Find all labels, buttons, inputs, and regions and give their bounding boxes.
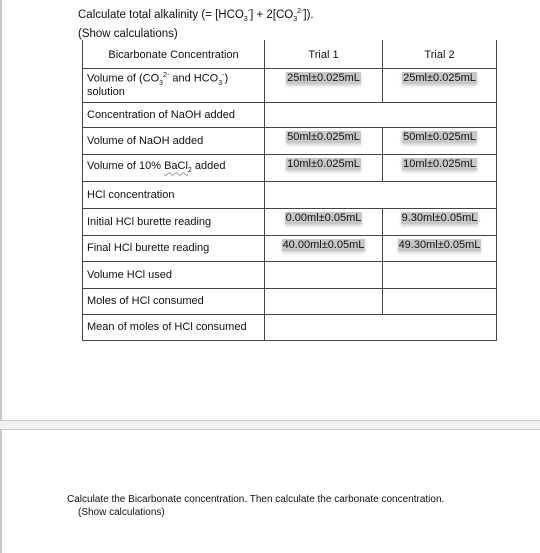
subscript: 3 — [218, 79, 222, 86]
table-header-row: Bicarbonate Concentration Trial 1 Trial … — [83, 40, 497, 68]
label-text: Volume of (CO — [87, 72, 159, 84]
alkalinity-prompt: Calculate total alkalinity (= [HCO3-] + … — [78, 5, 314, 41]
cell-value: 10ml±0.025mL — [402, 158, 477, 170]
row-label-initial-burette: Initial HCl burette reading — [83, 208, 265, 235]
cell-trial-2[interactable]: 49.30ml±0.05mL — [383, 235, 497, 261]
cell-trial-2[interactable]: 9.30ml±0.05mL — [383, 208, 497, 235]
row-label-mean-moles-hcl: Mean of moles of HCl consumed — [83, 314, 265, 340]
table-row: Final HCl burette reading 40.00ml±0.05mL… — [83, 235, 497, 261]
row-label-moles-hcl: Moles of HCl consumed — [83, 288, 265, 314]
header-trial-1: Trial 1 — [265, 40, 383, 68]
cell-value: 49.30ml±0.05mL — [398, 239, 482, 251]
row-label-solution-volume: Volume of (CO32- and HCO3-) solution — [83, 68, 265, 102]
header-label: Bicarbonate Concentration — [83, 40, 265, 68]
cell-value: 25ml±0.025mL — [286, 72, 361, 84]
cell-trial-1[interactable] — [265, 261, 383, 288]
concentration-prompt-line1: Calculate the Bicarbonate concentration.… — [67, 493, 444, 506]
row-label-final-burette: Final HCl burette reading — [83, 235, 265, 261]
worksheet-page-1: Calculate total alkalinity (= [HCO3-] + … — [0, 0, 540, 420]
cell-trial-2[interactable]: 25ml±0.025mL — [383, 68, 497, 102]
row-label-naoh-concentration: Concentration of NaOH added — [83, 102, 265, 127]
cell-value: 9.30ml±0.05mL — [401, 212, 479, 224]
row-label-bacl2-volume: Volume of 10% BaCl2 added — [83, 154, 265, 181]
cell-merged[interactable] — [265, 314, 497, 340]
table-row: Initial HCl burette reading 0.00ml±0.05m… — [83, 208, 497, 235]
table-row: Volume of NaOH added 50ml±0.025mL 50ml±0… — [83, 127, 497, 154]
table-row: Mean of moles of HCl consumed — [83, 314, 497, 340]
alkalinity-prompt-line1: Calculate total alkalinity (= [HCO3-] + … — [78, 5, 314, 27]
cell-trial-2[interactable]: 50ml±0.025mL — [383, 127, 497, 154]
spellcheck-word: BaCl — [164, 160, 188, 172]
cell-trial-1[interactable]: 10ml±0.025mL — [265, 154, 383, 181]
prompt-text: ]). — [303, 9, 313, 21]
table-row: Volume HCl used — [83, 261, 497, 288]
cell-trial-1[interactable] — [265, 288, 383, 314]
cell-trial-1[interactable]: 25ml±0.025mL — [265, 68, 383, 102]
cell-value: 50ml±0.025mL — [286, 131, 361, 143]
subscript: 3 — [293, 16, 297, 23]
table-row: Volume of 10% BaCl2 added 10ml±0.025mL 1… — [83, 154, 497, 181]
header-trial-2: Trial 2 — [383, 40, 497, 68]
cell-value: 40.00ml±0.05mL — [282, 239, 366, 251]
cell-trial-2[interactable] — [383, 288, 497, 314]
cell-value: 0.00ml±0.05mL — [285, 212, 363, 224]
cell-value: 50ml±0.025mL — [402, 131, 477, 143]
row-label-hcl-concentration: HCl concentration — [83, 181, 265, 208]
table-row: HCl concentration — [83, 181, 497, 208]
subscript: 3 — [159, 79, 163, 86]
concentration-prompt-line2: (Show calculations) — [67, 506, 444, 519]
cell-trial-2[interactable] — [383, 261, 497, 288]
label-text: ) — [224, 72, 228, 84]
subscript: 3 — [244, 16, 248, 23]
table-row: Concentration of NaOH added — [83, 102, 497, 127]
label-text: solution — [87, 86, 125, 98]
label-text: and HCO — [169, 72, 218, 84]
prompt-text: ] + 2[CO — [250, 9, 293, 21]
table-row: Volume of (CO32- and HCO3-) solution 25m… — [83, 68, 497, 102]
row-label-naoh-volume: Volume of NaOH added — [83, 127, 265, 154]
cell-trial-2[interactable]: 10ml±0.025mL — [383, 154, 497, 181]
label-text: Volume of 10% — [87, 160, 164, 172]
label-text: added — [192, 160, 226, 172]
cell-merged[interactable] — [265, 102, 497, 127]
worksheet-page-2: Calculate the Bicarbonate concentration.… — [0, 430, 540, 553]
bicarbonate-table: Bicarbonate Concentration Trial 1 Trial … — [82, 40, 497, 341]
cell-trial-1[interactable]: 40.00ml±0.05mL — [265, 235, 383, 261]
table-row: Moles of HCl consumed — [83, 288, 497, 314]
page-separator — [0, 420, 540, 430]
cell-value: 25ml±0.025mL — [402, 72, 477, 84]
row-label-hcl-volume-used: Volume HCl used — [83, 261, 265, 288]
prompt-text: Calculate total alkalinity (= [HCO — [78, 9, 244, 21]
concentration-prompt: Calculate the Bicarbonate concentration.… — [67, 493, 444, 519]
cell-value: 10ml±0.025mL — [286, 158, 361, 170]
cell-trial-1[interactable]: 0.00ml±0.05mL — [265, 208, 383, 235]
cell-merged[interactable] — [265, 181, 497, 208]
cell-trial-1[interactable]: 50ml±0.025mL — [265, 127, 383, 154]
